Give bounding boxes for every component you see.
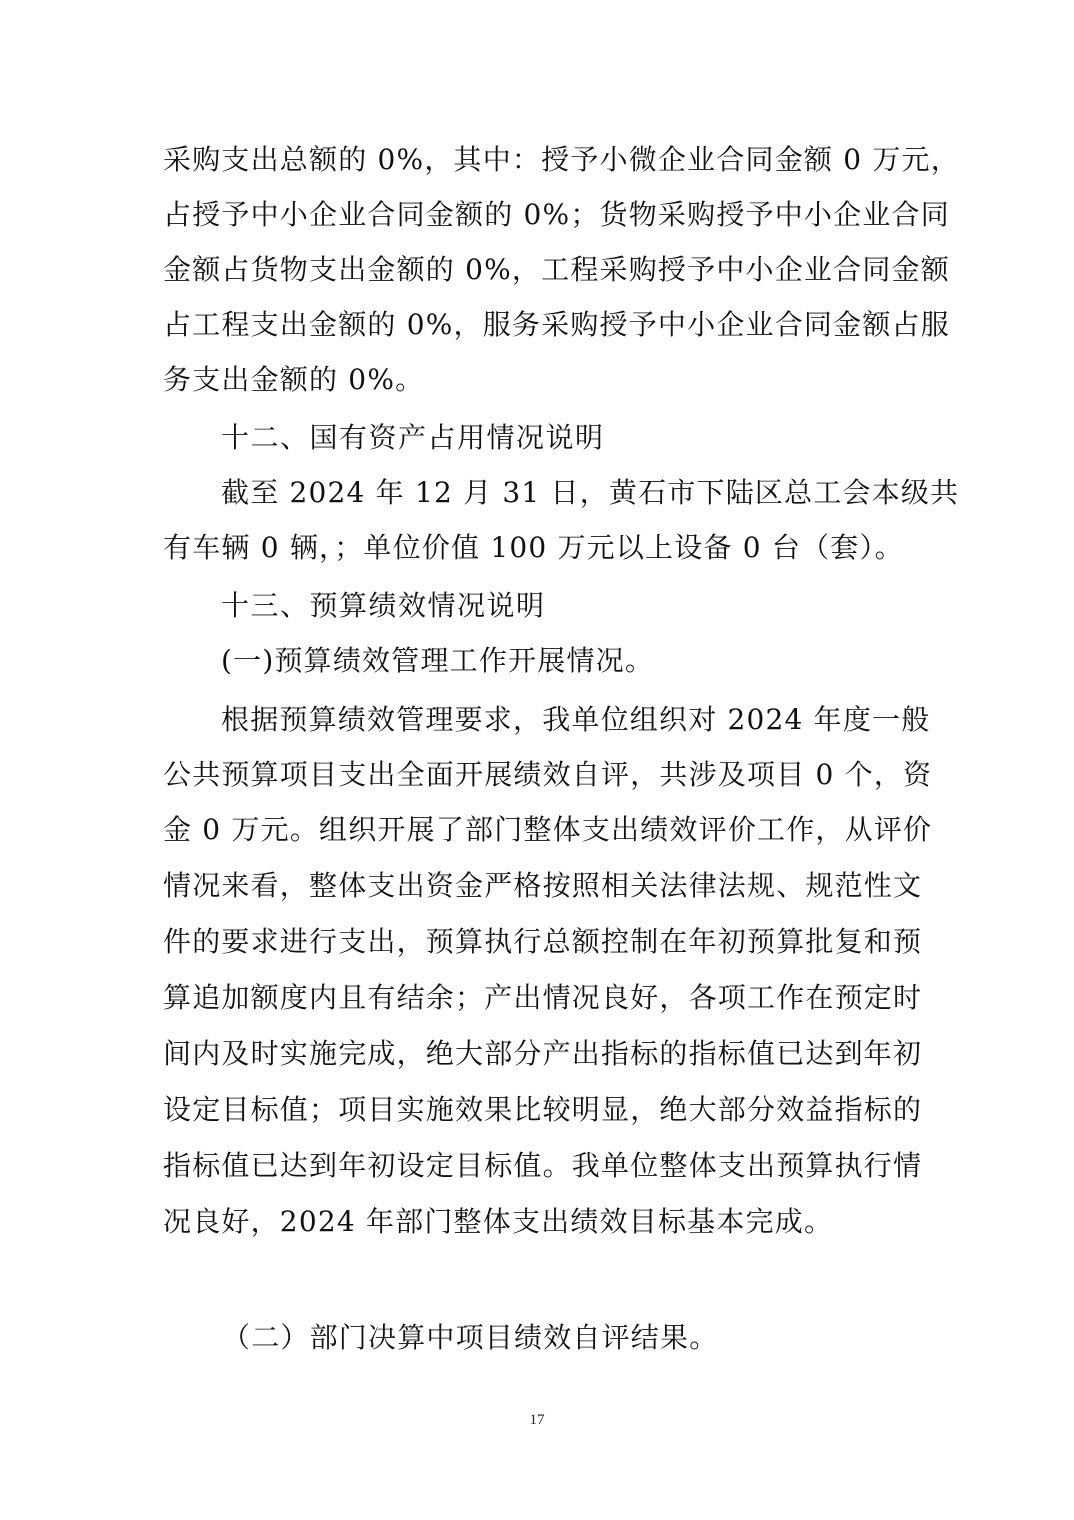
section-heading-13: 十三、预算绩效情况说明 bbox=[221, 586, 981, 626]
paragraph-line: 金 0 万元。组织开展了部门整体支出绩效评价工作，从评价 bbox=[163, 810, 923, 850]
paragraph-line: 金额占货物支出金额的 0%，工程采购授予中小企业合同金额 bbox=[163, 250, 923, 290]
paragraph-line: 况良好，2024 年部门整体支出绩效目标基本完成。 bbox=[163, 1202, 923, 1242]
section-heading-12: 十二、国有资产占用情况说明 bbox=[221, 418, 981, 458]
subheading-1: (一)预算绩效管理工作开展情况。 bbox=[221, 641, 981, 681]
page-number: 17 bbox=[0, 1412, 1074, 1429]
paragraph-line: 情况来看，整体支出资金严格按照相关法律法规、规范性文 bbox=[163, 866, 923, 906]
paragraph-line: 根据预算绩效管理要求，我单位组织对 2024 年度一般 bbox=[221, 700, 981, 740]
paragraph-line: 间内及时实施完成，绝大部分产出指标的指标值已达到年初 bbox=[163, 1034, 923, 1074]
paragraph-line: 占授予中小企业合同金额的 0%；货物采购授予中小企业合同 bbox=[163, 195, 923, 235]
subheading-2: （二）部门决算中项目绩效自评结果。 bbox=[222, 1318, 982, 1358]
paragraph-line: 截至 2024 年 12 月 31 日，黄石市下陆区总工会本级共 bbox=[221, 473, 981, 513]
document-page: 采购支出总额的 0%，其中：授予小微企业合同金额 0 万元， 占授予中小企业合同… bbox=[0, 0, 1074, 1520]
paragraph-line: 设定目标值；项目实施效果比较明显，绝大部分效益指标的 bbox=[163, 1090, 923, 1130]
paragraph-line: 占工程支出金额的 0%，服务采购授予中小企业合同金额占服 bbox=[163, 305, 923, 345]
paragraph-line: 采购支出总额的 0%，其中：授予小微企业合同金额 0 万元， bbox=[163, 140, 923, 180]
paragraph-line: 公共预算项目支出全面开展绩效自评，共涉及项目 0 个，资 bbox=[163, 755, 923, 795]
paragraph-line: 算追加额度内且有结余；产出情况良好，各项工作在预定时 bbox=[163, 978, 923, 1018]
paragraph-line: 务支出金额的 0%。 bbox=[163, 360, 923, 400]
paragraph-line: 指标值已达到年初设定目标值。我单位整体支出预算执行情 bbox=[163, 1146, 923, 1186]
paragraph-line: 有车辆 0 辆，；单位价值 100 万元以上设备 0 台（套）。 bbox=[163, 528, 923, 568]
paragraph-line: 件的要求进行支出，预算执行总额控制在年初预算批复和预 bbox=[163, 922, 923, 962]
